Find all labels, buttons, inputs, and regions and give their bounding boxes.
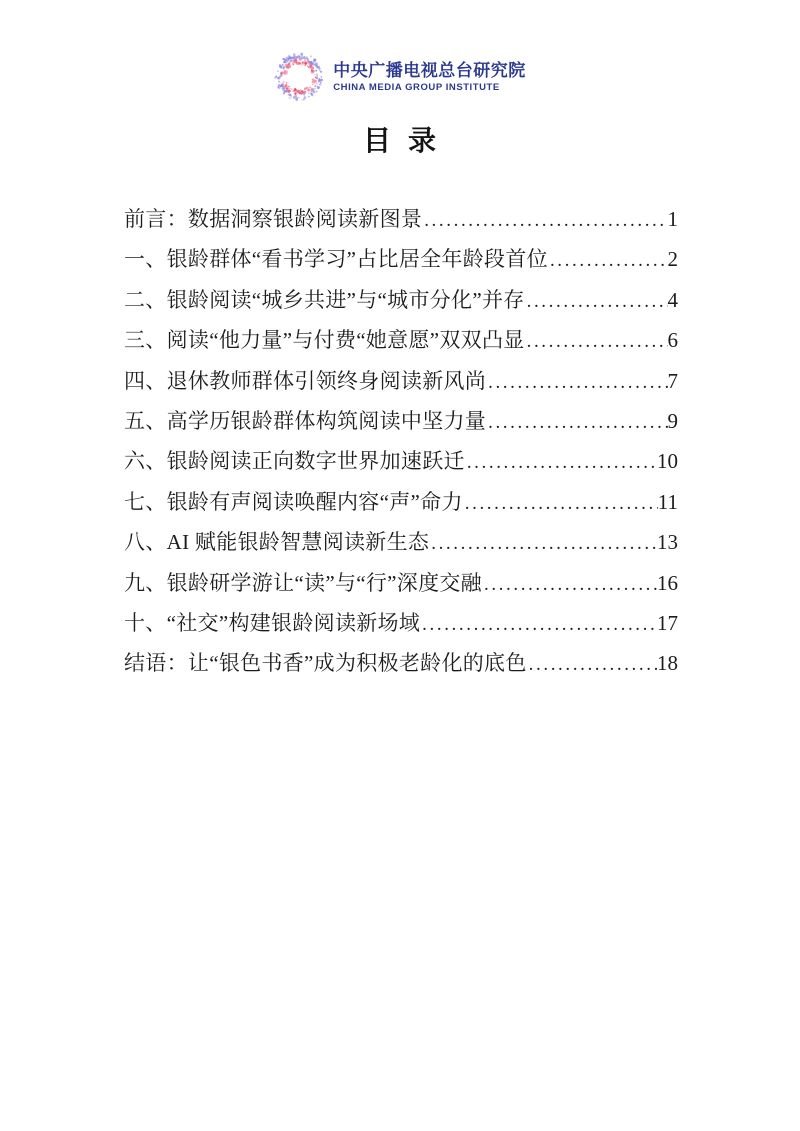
- toc-entry-label: 二、银龄阅读“城乡共进”与“城市分化”并存: [124, 280, 525, 320]
- toc-entry-page-number: 4: [668, 280, 679, 320]
- toc-entry-label: 六、银龄阅读正向数字世界加速跃迁: [124, 441, 465, 481]
- toc-entry-label: 九、银龄研学游让“读”与“行”深度交融: [124, 563, 482, 603]
- toc-entry: 六、银龄阅读正向数字世界加速跃迁 10: [124, 441, 678, 481]
- toc-dot-leader: [527, 280, 668, 322]
- org-name-en: CHINA MEDIA GROUP INSTITUTE: [333, 81, 500, 94]
- toc-entry: 五、高学历银龄群体构筑阅读中坚力量 9: [124, 401, 678, 441]
- toc-dot-leader: [467, 441, 657, 483]
- toc-entry-page-number: 6: [668, 320, 679, 360]
- toc-dot-leader: [465, 482, 658, 524]
- toc-entry-page-number: 16: [657, 563, 678, 603]
- toc-entry-label: 八、AI 赋能银龄智慧阅读新生态: [124, 522, 429, 562]
- toc-dot-leader: [484, 563, 657, 605]
- toc-entry-page-number: 13: [657, 522, 678, 562]
- logo-header: 中央广播电视总台研究院 CHINA MEDIA GROUP INSTITUTE: [0, 52, 800, 102]
- toc-entry-label: 四、退休教师群体引领终身阅读新风尚: [124, 361, 486, 401]
- toc-entry-label: 十、“社交”构建银龄阅读新场域: [124, 603, 420, 643]
- toc-entry: 四、退休教师群体引领终身阅读新风尚 7: [124, 361, 678, 401]
- toc-entry-label: 七、银龄有声阅读唤醒内容“声”命力: [124, 482, 463, 522]
- org-name-zh: 中央广播电视总台研究院: [333, 60, 526, 81]
- toc-entry-label: 前言：数据洞察银龄阅读新图景: [124, 199, 422, 239]
- toc-entry-label: 结语：让“银色书香”成为积极老龄化的底色: [124, 643, 527, 683]
- toc-entry-label: 一、银龄群体“看书学习”占比居全年龄段首位: [124, 239, 548, 279]
- toc-entry-page-number: 18: [657, 643, 678, 683]
- toc-dot-leader: [488, 401, 667, 443]
- toc-dot-leader: [422, 603, 657, 645]
- toc-entry-page-number: 2: [668, 239, 679, 279]
- toc-dot-leader: [488, 361, 667, 403]
- document-page: 中央广播电视总台研究院 CHINA MEDIA GROUP INSTITUTE …: [0, 0, 800, 1131]
- toc-entry: 结语：让“银色书香”成为积极老龄化的底色 18: [124, 643, 678, 683]
- toc-entry-page-number: 9: [668, 401, 679, 441]
- toc-dot-leader: [550, 239, 668, 281]
- toc-entry-label: 五、高学历银龄群体构筑阅读中坚力量: [124, 401, 486, 441]
- toc-entry-page-number: 10: [657, 441, 678, 481]
- page-title: 目 录: [0, 119, 800, 159]
- toc-entry-page-number: 1: [668, 199, 679, 239]
- toc-entry-page-number: 11: [658, 482, 678, 522]
- table-of-contents: 前言：数据洞察银龄阅读新图景 1 一、银龄群体“看书学习”占比居全年龄段首位 2…: [124, 199, 678, 684]
- toc-entry: 十、“社交”构建银龄阅读新场域 17: [124, 603, 678, 643]
- toc-entry: 九、银龄研学游让“读”与“行”深度交融 16: [124, 563, 678, 603]
- toc-entry: 三、阅读“他力量”与付费“她意愿”双双凸显 6: [124, 320, 678, 360]
- toc-entry-page-number: 17: [657, 603, 678, 643]
- toc-dot-leader: [424, 199, 667, 241]
- toc-entry: 前言：数据洞察银龄阅读新图景 1: [124, 199, 678, 239]
- toc-entry: 七、银龄有声阅读唤醒内容“声”命力 11: [124, 482, 678, 522]
- toc-entry-label: 三、阅读“他力量”与付费“她意愿”双双凸显: [124, 320, 525, 360]
- toc-dot-leader: [529, 643, 657, 685]
- toc-entry: 二、银龄阅读“城乡共进”与“城市分化”并存 4: [124, 280, 678, 320]
- toc-entry: 八、AI 赋能银龄智慧阅读新生态 13: [124, 522, 678, 562]
- cmg-logo-icon: [274, 52, 324, 102]
- logo-text-block: 中央广播电视总台研究院 CHINA MEDIA GROUP INSTITUTE: [333, 60, 526, 94]
- toc-entry-page-number: 7: [668, 361, 679, 401]
- toc-entry: 一、银龄群体“看书学习”占比居全年龄段首位 2: [124, 239, 678, 279]
- toc-dot-leader: [431, 522, 657, 564]
- toc-dot-leader: [527, 320, 668, 362]
